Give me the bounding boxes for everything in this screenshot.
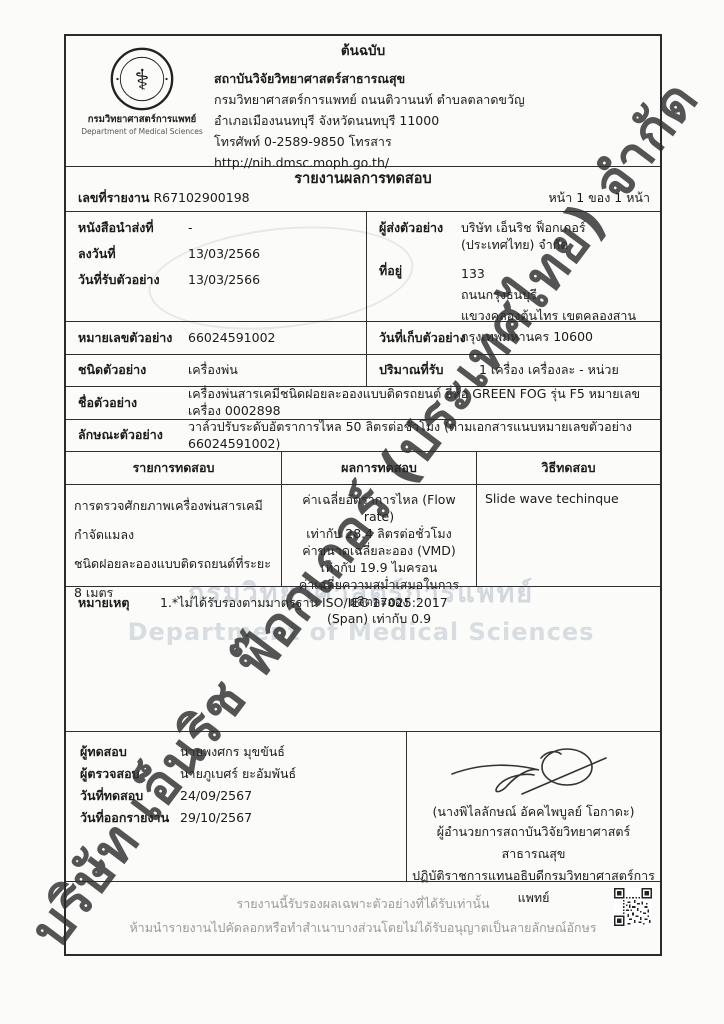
col-header-test-item: รายการทดสอบ [66,452,281,484]
logo-caption-en: Department of Medical Sciences [78,127,206,137]
issue-date-value: 29/10/2567 [180,810,252,827]
signatory-title-1: ผู้อำนวยการสถาบันวิจัยวิทยาศาสตร์สาธารณส… [407,821,660,865]
cover-letter-row: หนังสือนำส่งที่ - [78,220,354,237]
test-date-value: 24/09/2567 [180,788,252,805]
issue-date-row: วันที่ออกรายงาน 29/10/2567 [80,810,392,827]
signatory-name: (นางพิไลลักษณ์ อัคคไพบูลย์ โอกาดะ) [407,804,660,821]
sample-type-value: เครื่องพ่น [188,362,238,379]
report-number-label: เลขที่รายงาน [78,190,149,205]
qr-code-icon [614,888,652,926]
document-header: ต้นฉบับ ⚕ กรมวิทยาศาสตร์การแพทย์ Departm… [66,36,660,166]
signature-cell: (นางพิไลลักษณ์ อัคคไพบูลย์ โอกาดะ) ผู้อำ… [406,732,660,881]
received-date-row: วันที่รับตัวอย่าง 13/03/2566 [78,272,354,289]
sample-name-value: เครื่องพ่นสารเคมีชนิดฝอยละอองแบบติดรถยนต… [188,386,648,420]
note-label: หมายเหตุ [78,595,160,723]
quantity-value: 1 เครื่อง เครื่องละ - หน่วย [479,362,619,379]
results-table-row: การตรวจศักยภาพเครื่องพ่นสารเคมีกำจัดแมลง… [66,485,660,587]
result-cell: ค่าเฉลี่ยอัตราการไหล (Flow rate) เท่ากับ… [281,485,476,587]
letter-date-row: ลงวันที่ 13/03/2566 [78,246,354,263]
reviewer-row: ผู้ตรวจสอบ นายภูเบศร์ ยะอัมพันธ์ [80,766,392,783]
note-section: หมายเหตุ 1.*ไม่ได้รับรองตามมาตรฐาน ISO/I… [66,586,660,731]
report-document: ต้นฉบับ ⚕ กรมวิทยาศาสตร์การแพทย์ Departm… [64,34,662,956]
sender-row: ผู้ส่งตัวอย่าง บริษัท เอ็นริช ฟ็อกเกอร์ … [379,220,648,254]
submission-cell: หนังสือนำส่งที่ - ลงวันที่ 13/03/2566 วั… [66,212,366,321]
col-header-method: วิธีทดสอบ [476,452,660,484]
sample-character-row: ลักษณะตัวอย่าง วาล์วปรับระดับอัตราการไหล… [66,419,660,451]
results-table: รายการทดสอบ ผลการทดสอบ วิธีทดสอบ การตรวจ… [66,451,660,586]
sample-character-value: วาล์วปรับระดับอัตราการไหล 50 ลิตรต่อชั่ว… [188,419,648,453]
sample-number-value: 66024591002 [188,330,275,347]
method-cell: Slide wave techinque [476,485,660,587]
test-item-cell: การตรวจศักยภาพเครื่องพ่นสารเคมีกำจัดแมลง… [66,485,281,587]
tester-row: ผู้ทดสอบ นายพงศกร มุขขันธ์ [80,744,392,761]
institute-name: สถาบันวิจัยวิทยาศาสตร์สาธารณสุข [214,68,525,89]
results-table-header: รายการทดสอบ ผลการทดสอบ วิธีทดสอบ [66,452,660,485]
collect-date-cell: วันที่เก็บตัวอย่าง [366,322,660,354]
quantity-cell: ปริมาณที่รับ 1 เครื่อง เครื่องละ - หน่วย [366,355,660,386]
footer-line-1: รายงานนี้รับรองผลเฉพาะตัวอย่างที่ได้รับเ… [66,892,660,916]
logo-caption-th: กรมวิทยาศาสตร์การแพทย์ [78,114,206,127]
personnel-signature-section: ผู้ทดสอบ นายพงศกร มุขขันธ์ ผู้ตรวจสอบ นา… [66,731,660,881]
sample-name-row: ชื่อตัวอย่าง เครื่องพ่นสารเคมีชนิดฝอยละอ… [66,386,660,419]
sample-number-section: หมายเลขตัวอย่าง 66024591002 วันที่เก็บตั… [66,321,660,354]
reviewer-name: นายภูเบศร์ ยะอัมพันธ์ [180,766,296,783]
institute-address-block: สถาบันวิจัยวิทยาศาสตร์สาธารณสุข กรมวิทยา… [214,68,525,173]
report-number: เลขที่รายงาน R67102900198 [78,190,250,207]
report-number-value: R67102900198 [153,190,249,205]
footer-section: รายงานนี้รับรองผลเฉพาะตัวอย่างที่ได้รับเ… [66,881,660,956]
scanned-test-report-page: กรมวิทยาศาสตร์การแพทย์ Department of Med… [0,0,724,1024]
title-bar: รายงานผลการทดสอบ เลขที่รายงาน R671029001… [66,166,660,211]
report-title: รายงานผลการทดสอบ [66,170,660,190]
svg-text:⚕: ⚕ [134,63,149,96]
sender-cell: ผู้ส่งตัวอย่าง บริษัท เอ็นริช ฟ็อกเกอร์ … [366,212,660,321]
tester-name: นายพงศกร มุขขันธ์ [180,744,285,761]
footer-line-2: ห้ามนำรายงานไปคัดลอกหรือทำสำเนาบางส่วนโด… [66,916,660,940]
moph-seal-logo: ⚕ กรมวิทยาศาสตร์การแพทย์ Department of M… [78,46,206,137]
phone-line: โทรศัพท์ 0-2589-9850 โทรสาร [214,131,525,152]
address-line-2: อำเภอเมืองนนทบุรี จังหวัดนนทบุรี 11000 [214,110,525,131]
note-text: 1.*ไม่ได้รับรองตามมาตรฐาน ISO/IEC 17025:… [160,595,448,723]
sample-type-section: ชนิดตัวอย่าง เครื่องพ่น ปริมาณที่รับ 1 เ… [66,354,660,386]
test-date-row: วันที่ทดสอบ 24/09/2567 [80,788,392,805]
sample-number-cell: หมายเลขตัวอย่าง 66024591002 [66,322,366,354]
page-indicator: หน้า 1 ของ 1 หน้า [548,190,650,207]
personnel-cell: ผู้ทดสอบ นายพงศกร มุขขันธ์ ผู้ตรวจสอบ นา… [66,732,406,881]
sender-name: บริษัท เอ็นริช ฟ็อกเกอร์ (ประเทศไทย) จำก… [461,220,648,254]
col-header-result: ผลการทดสอบ [281,452,476,484]
ministry-seal-icon: ⚕ [109,46,175,112]
address-line-1: กรมวิทยาศาสตร์การแพทย์ ถนนติวานนท์ ตำบลต… [214,89,525,110]
submission-sender-section: หนังสือนำส่งที่ - ลงวันที่ 13/03/2566 วั… [66,211,660,321]
handwritten-signature [444,740,624,802]
sample-type-cell: ชนิดตัวอย่าง เครื่องพ่น [66,355,366,386]
